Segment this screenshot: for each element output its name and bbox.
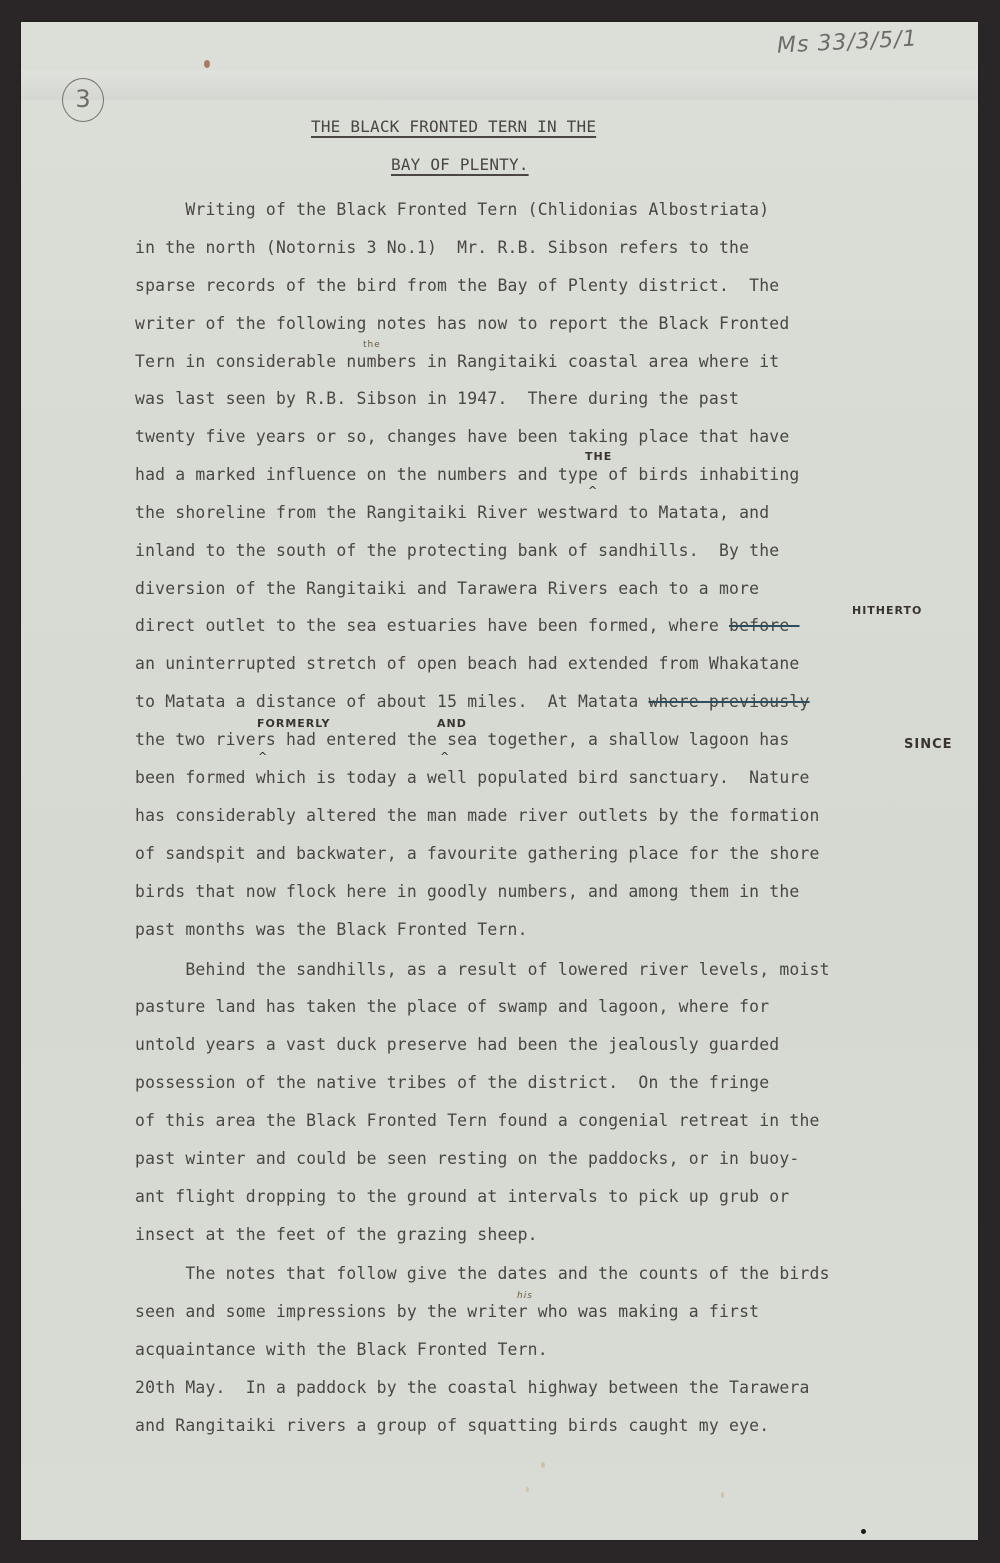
- document-title-line-2: BAY OF PLENTY.: [391, 155, 529, 174]
- stain-mark: [721, 1492, 724, 1498]
- stain-mark: [204, 60, 210, 68]
- handwritten-annotation: AND: [437, 717, 467, 730]
- ink-dot: [861, 1529, 866, 1534]
- body-line: seen and some impressions by the writer …: [135, 1302, 759, 1321]
- body-line: acquaintance with the Black Fronted Tern…: [135, 1340, 548, 1359]
- insertion-caret-icon: ^: [588, 484, 597, 497]
- body-line: ant flight dropping to the ground at int…: [135, 1187, 789, 1206]
- body-line: Tern in considerable numbers in Rangitai…: [135, 352, 779, 371]
- body-line: Behind the sandhills, as a result of low…: [135, 960, 830, 979]
- body-line: has considerably altered the man made ri…: [135, 806, 820, 825]
- body-line: direct outlet to the sea estuaries have …: [135, 616, 800, 635]
- body-line: inland to the south of the protecting ba…: [135, 541, 779, 560]
- handwritten-annotation: HITHERTO: [852, 604, 922, 617]
- body-line: in the north (Notornis 3 No.1) Mr. R.B. …: [135, 238, 749, 257]
- body-line-text: direct outlet to the sea estuaries have …: [135, 616, 729, 635]
- body-line: was last seen by R.B. Sibson in 1947. Th…: [135, 389, 739, 408]
- body-line: sparse records of the bird from the Bay …: [135, 276, 779, 295]
- body-line: an uninterrupted stretch of open beach h…: [135, 654, 800, 673]
- body-line: past months was the Black Fronted Tern.: [135, 920, 528, 939]
- body-line: birds that now flock here in goodly numb…: [135, 882, 800, 901]
- body-line: had a marked influence on the numbers an…: [135, 465, 800, 484]
- body-line: diversion of the Rangitaiki and Tarawera…: [135, 579, 759, 598]
- struck-text: where previously: [648, 692, 809, 711]
- body-line: insect at the feet of the grazing sheep.: [135, 1225, 538, 1244]
- body-line: to Matata a distance of about 15 miles. …: [135, 692, 810, 711]
- handwritten-annotation: the: [363, 340, 381, 350]
- stain-mark: [541, 1462, 545, 1468]
- body-line: the two rivers had entered the sea toget…: [135, 730, 789, 749]
- body-line: the shoreline from the Rangitaiki River …: [135, 503, 769, 522]
- body-line: and Rangitaiki rivers a group of squatti…: [135, 1416, 769, 1435]
- struck-text: before-: [729, 616, 799, 635]
- body-line: possession of the native tribes of the d…: [135, 1073, 769, 1092]
- body-line: past winter and could be seen resting on…: [135, 1149, 800, 1168]
- body-line: pasture land has taken the place of swam…: [135, 997, 769, 1016]
- handwritten-annotation: FORMERLY: [257, 717, 331, 730]
- body-line: been formed which is today a well popula…: [135, 768, 810, 787]
- document-title-line-1: THE BLACK FRONTED TERN IN THE: [311, 117, 596, 136]
- body-line: untold years a vast duck preserve had be…: [135, 1035, 779, 1054]
- handwritten-annotation: THE: [585, 450, 612, 463]
- page-number: 3: [62, 78, 104, 122]
- body-line: twenty five years or so, changes have be…: [135, 427, 789, 446]
- body-line: Writing of the Black Fronted Tern (Chlid…: [135, 200, 769, 219]
- body-line: of this area the Black Fronted Tern foun…: [135, 1111, 820, 1130]
- handwritten-annotation: SINCE: [904, 737, 953, 752]
- insertion-caret-icon: ^: [440, 750, 449, 763]
- stain-mark: [526, 1487, 529, 1492]
- insertion-caret-icon: ^: [258, 750, 267, 763]
- body-line: 20th May. In a paddock by the coastal hi…: [135, 1378, 810, 1397]
- body-line: The notes that follow give the dates and…: [135, 1264, 830, 1283]
- body-line: writer of the following notes has now to…: [135, 314, 789, 333]
- handwritten-annotation: his: [517, 1291, 533, 1301]
- paper-fold: [21, 70, 978, 100]
- body-line-text: to Matata a distance of about 15 miles. …: [135, 692, 648, 711]
- body-line: of sandspit and backwater, a favourite g…: [135, 844, 820, 863]
